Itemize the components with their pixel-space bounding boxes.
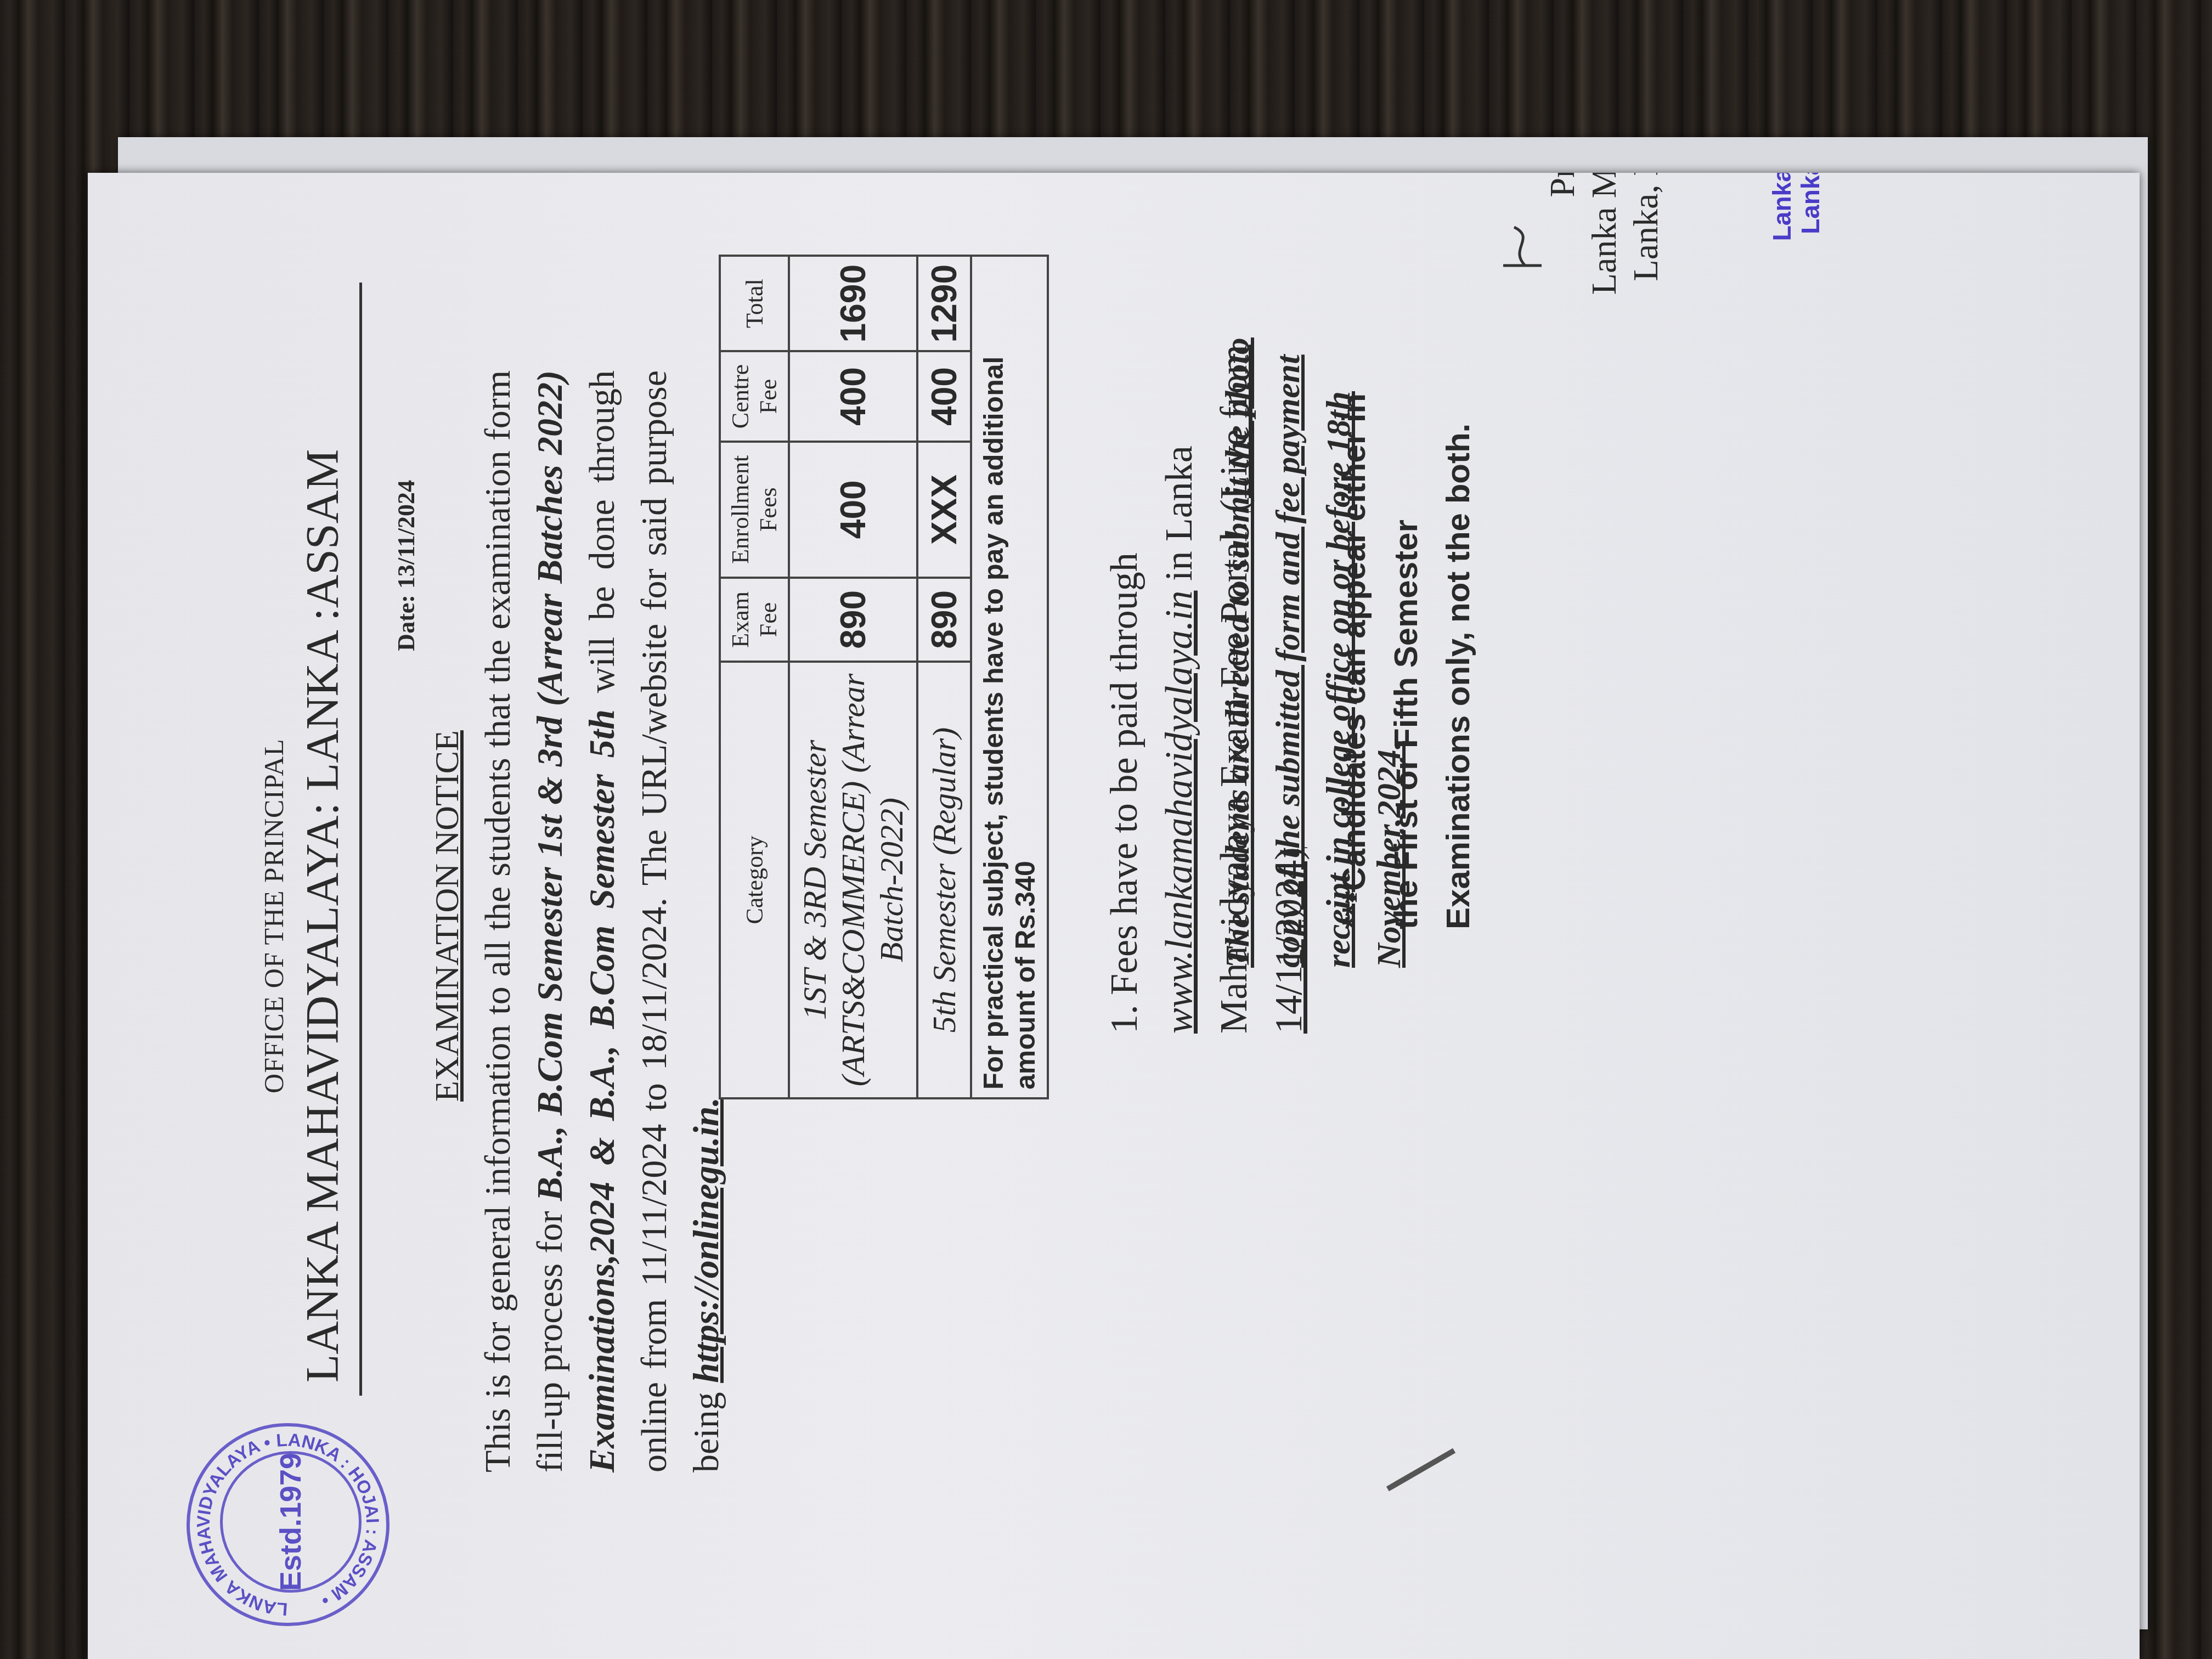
header-exam-fee: Exam Fee	[720, 578, 789, 662]
row1-total: 1690	[789, 256, 917, 351]
practical-fee-note: For practical subject, students have to …	[971, 256, 1048, 1098]
header-total: Total	[720, 256, 789, 351]
seal-line-1: Principal,	[1739, 173, 1768, 266]
fee-table: Category Exam Fee Enrollment Fees Centre…	[719, 255, 1049, 1099]
college-website-link[interactable]: www.lankamahavidyalaya.in	[1158, 591, 1200, 1034]
signature-line-2: Lanka, Hojai, Assam	[1625, 173, 1667, 304]
seal-line-2: Lanka Mahavidyalaya	[1768, 173, 1796, 266]
row1-category: 1ST & 3RD Semester (ARTS&COMMERCE) (Arre…	[789, 662, 917, 1098]
table-row: 1ST & 3RD Semester (ARTS&COMMERCE) (Arre…	[789, 256, 917, 1098]
signature-line-1: Lanka Mahavidyalaya,	[1583, 173, 1625, 304]
candidates-note: ***Candidates can appear either in the F…	[1328, 337, 1484, 929]
notice-page: LANKA MAHAVIDYALAYA • LANKA : HOJAI : AS…	[88, 173, 2140, 1659]
header-enrollment-fees: Enrollment Fees	[720, 442, 789, 578]
college-name: LANKA MAHAVIDYALAYA: LANKA :ASSAM	[296, 173, 349, 1659]
header-centre-fee: Centre Fee	[720, 351, 789, 441]
table-note-row: For practical subject, students have to …	[971, 256, 1048, 1098]
row2-enrollment-fees: XXX	[917, 442, 971, 578]
row1-centre-fee: 400	[789, 351, 917, 441]
notice-date: Date: 13/11/2024	[392, 480, 420, 651]
notice-title: EXAMINATION NOTICE	[428, 173, 467, 1659]
principal-signature-block: Principal Lanka Mahavidyalaya, Lanka, Ho…	[1542, 173, 1667, 304]
seal-line-3: Lanka, Hojai, Assam	[1796, 173, 1825, 266]
row2-category: 5th Semester (Regular)	[917, 662, 971, 1098]
notice-paper: LANKA MAHAVIDYALAYA • LANKA : HOJAI : AS…	[88, 173, 2140, 1659]
payment-text-1: 1. Fees have to be paid through	[1103, 552, 1145, 1034]
row2-total: 1290	[917, 256, 971, 351]
header-category: Category	[720, 662, 789, 1098]
row2-exam-fee: 890	[917, 578, 971, 662]
online-url-link[interactable]: https://onlinegu.in.	[686, 1097, 726, 1383]
header-divider	[359, 283, 362, 1396]
principal-seal: Principal, Lanka Mahavidyalaya Lanka, Ho…	[1739, 173, 1825, 266]
row1-enrollment-fees: 400	[789, 442, 917, 578]
table-row: 5th Semester (Regular) 890 XXX 400 1290	[917, 256, 971, 1098]
office-heading: OFFICE OF THE PRINCIPAL	[258, 173, 290, 1659]
intro-paragraph: This is for general information to all t…	[472, 370, 732, 1472]
staple-pin-icon	[1386, 1448, 1455, 1492]
signature-title: Principal	[1542, 173, 1583, 304]
row2-centre-fee: 400	[917, 351, 971, 441]
fee-table-header: Category Exam Fee Enrollment Fees Centre…	[720, 256, 789, 1098]
row1-exam-fee: 890	[789, 578, 917, 662]
